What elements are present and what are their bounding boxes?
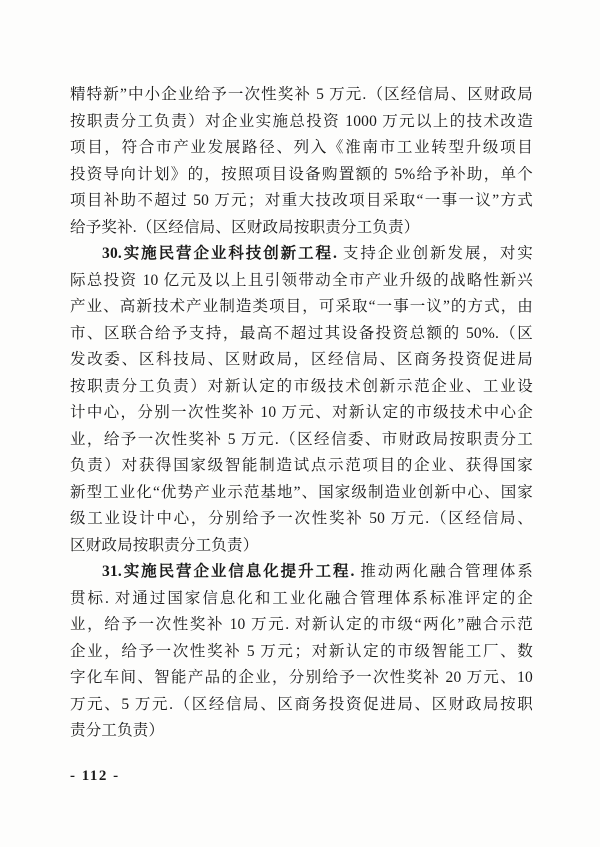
text-line: 投资导向计划》的，按照项目设备购置额的 5%给予补助，单个: [70, 162, 533, 189]
text-line: 万元、5 万元.（区经信局、区商务投资促进局、区财政局按职: [70, 692, 533, 719]
text-line: 企业，给予一次性奖补 5 万元；对新认定的市级智能工厂、数: [70, 639, 533, 666]
text-line: 业，给予一次性奖补 5 万元.（区经信委、市财政局按职责分工: [70, 427, 533, 454]
body-text-segment: 按职责分工负责）对企业实施总投资 1000 万元以上的技术改造: [70, 113, 533, 130]
body-text-segment: 新型工业化“优势产业示范基地”、国家级制造业创新中心、国家: [70, 484, 533, 501]
body-text-segment: 业，给予一次性奖补 10 万元. 对新认定的市级“两化”融合示范: [70, 616, 533, 633]
text-line: 责分工负责）: [70, 718, 533, 745]
body-text-segment: 际总投资 10 亿元及以上且引领带动全市产业升级的战略性新兴: [70, 272, 533, 289]
body-text-segment: 级工业设计中心，分别给予一次性奖补 50 万元.（区经信局、: [70, 510, 533, 527]
heading-text: 31.实施民营企业信息化提升工程.: [102, 563, 355, 580]
body-text-segment: 项目，符合市产业发展路径、列入《淮南市工业转型升级项目: [70, 139, 533, 156]
body-text-segment: 项目补助不超过 50 万元；对重大技改项目采取“一事一议”方式: [70, 192, 533, 209]
body-text: 精特新”中小企业给予一次性奖补 5 万元.（区经信局、区财政局按职责分工负责）对…: [70, 82, 533, 745]
text-line: 发改委、区科技局、区财政局，区经信局、区商务投资促进局: [70, 347, 533, 374]
document-page: 精特新”中小企业给予一次性奖补 5 万元.（区经信局、区财政局按职责分工负责）对…: [0, 0, 600, 847]
text-line: 市、区联合给予支持，最高不超过其设备投资总额的 50%.（区: [70, 321, 533, 348]
body-text-segment: 发改委、区科技局、区财政局，区经信局、区商务投资促进局: [70, 351, 533, 368]
body-text-segment: 推动两化融合管理体系: [355, 563, 533, 580]
text-line: 项目，符合市产业发展路径、列入《淮南市工业转型升级项目: [70, 135, 533, 162]
text-line: 精特新”中小企业给予一次性奖补 5 万元.（区经信局、区财政局: [70, 82, 533, 109]
body-text-segment: 区财政局按职责分工负责）: [70, 537, 258, 554]
body-text-segment: 市、区联合给予支持，最高不超过其设备投资总额的 50%.（区: [70, 325, 533, 342]
text-line: 产业、高新技术产业制造类项目，可采取“一事一议”的方式，由: [70, 294, 533, 321]
body-text-segment: 产业、高新技术产业制造类项目，可采取“一事一议”的方式，由: [70, 298, 533, 315]
body-text-segment: 精特新”中小企业给予一次性奖补 5 万元.（区经信局、区财政局: [70, 86, 533, 103]
text-line: 负责）对获得国家级智能制造试点示范项目的企业、获得国家: [70, 453, 533, 480]
text-line: 级工业设计中心，分别给予一次性奖补 50 万元.（区经信局、: [70, 506, 533, 533]
body-text-segment: 按职责分工负责）对新认定的市级技术创新示范企业、工业设: [70, 378, 533, 395]
body-text-segment: 业，给予一次性奖补 5 万元.（区经信委、市财政局按职责分工: [70, 431, 533, 448]
heading-text: 30.实施民营企业科技创新工程.: [102, 245, 337, 262]
text-line: 贯标. 对通过国家信息化和工业化融合管理体系标准评定的企: [70, 586, 533, 613]
text-line: 计中心，分别一次性奖补 10 万元、对新认定的市级技术中心企: [70, 400, 533, 427]
text-line: 区财政局按职责分工负责）: [70, 533, 533, 560]
text-line: 业，给予一次性奖补 10 万元. 对新认定的市级“两化”融合示范: [70, 612, 533, 639]
text-line: 按职责分工负责）对新认定的市级技术创新示范企业、工业设: [70, 374, 533, 401]
text-line: 际总投资 10 亿元及以上且引领带动全市产业升级的战略性新兴: [70, 268, 533, 295]
body-text-segment: 万元、5 万元.（区经信局、区商务投资促进局、区财政局按职: [70, 696, 533, 713]
text-line: 按职责分工负责）对企业实施总投资 1000 万元以上的技术改造: [70, 109, 533, 136]
text-line: 字化车间、智能产品的企业，分别给予一次性奖补 20 万元、10: [70, 665, 533, 692]
text-line: 新型工业化“优势产业示范基地”、国家级制造业创新中心、国家: [70, 480, 533, 507]
body-text-segment: 贯标. 对通过国家信息化和工业化融合管理体系标准评定的企: [70, 590, 533, 607]
body-text-segment: 给予奖补.（区经信局、区财政局按职责分工负责）: [70, 219, 419, 236]
text-line: 项目补助不超过 50 万元；对重大技改项目采取“一事一议”方式: [70, 188, 533, 215]
body-text-segment: 企业，给予一次性奖补 5 万元；对新认定的市级智能工厂、数: [70, 643, 533, 660]
text-line: 30.实施民营企业科技创新工程. 支持企业创新发展，对实: [70, 241, 533, 268]
body-text-segment: 支持企业创新发展，对实: [337, 245, 533, 262]
body-text-segment: 负责）对获得国家级智能制造试点示范项目的企业、获得国家: [70, 457, 533, 474]
text-line: 给予奖补.（区经信局、区财政局按职责分工负责）: [70, 215, 533, 242]
body-text-segment: 计中心，分别一次性奖补 10 万元、对新认定的市级技术中心企: [70, 404, 533, 421]
body-text-segment: 投资导向计划》的，按照项目设备购置额的 5%给予补助，单个: [70, 166, 533, 183]
body-text-segment: 责分工负责）: [70, 722, 164, 739]
page-number: - 112 -: [70, 768, 120, 785]
body-text-segment: 字化车间、智能产品的企业，分别给予一次性奖补 20 万元、10: [70, 669, 533, 686]
text-line: 31.实施民营企业信息化提升工程. 推动两化融合管理体系: [70, 559, 533, 586]
